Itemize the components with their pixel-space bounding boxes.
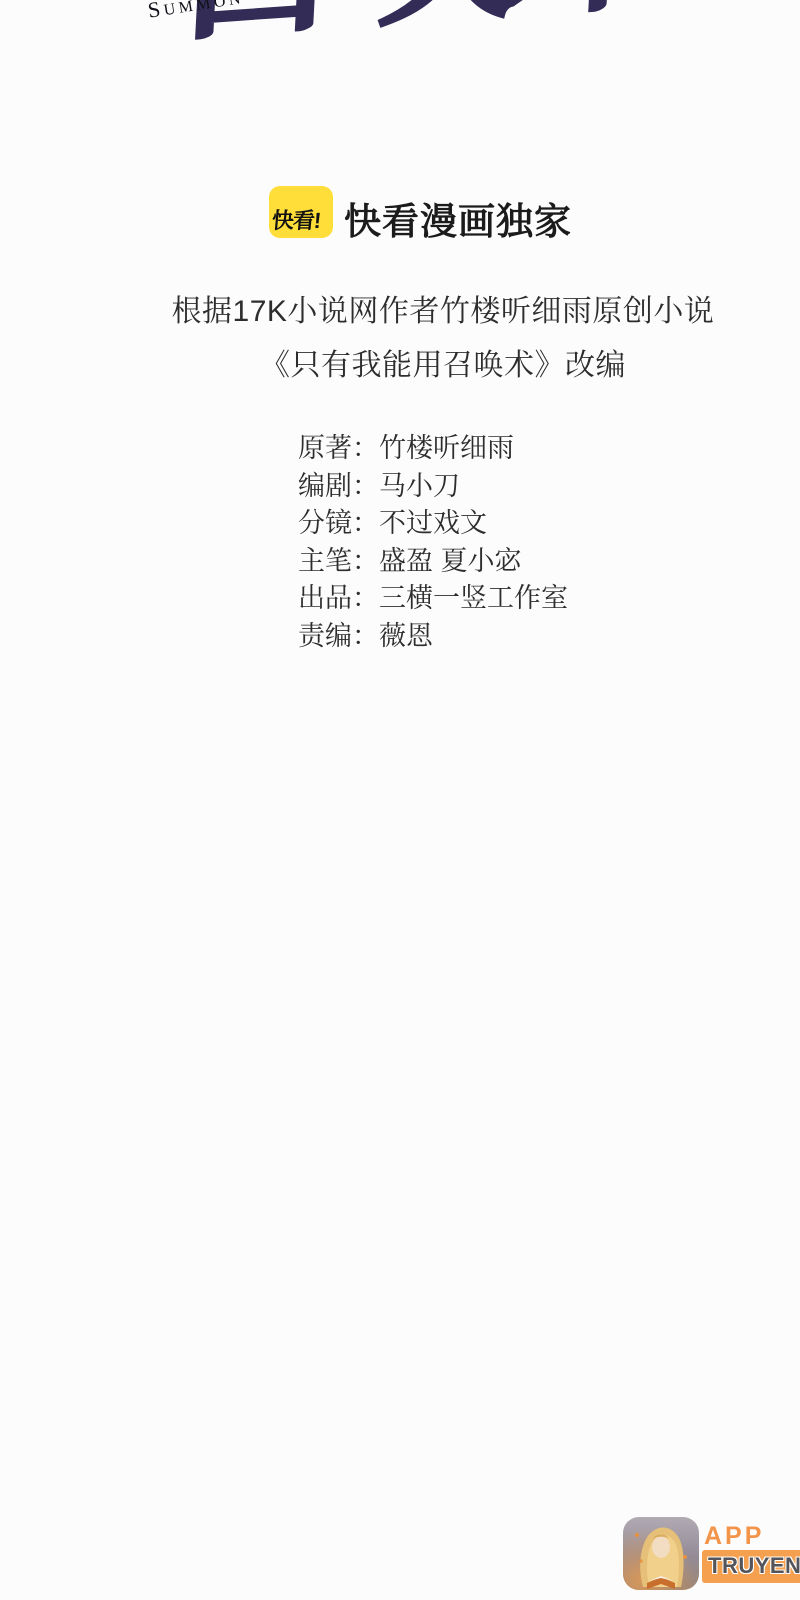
credit-label: 出品： <box>298 583 379 613</box>
kuaikan-badge-label: 快看! <box>271 204 322 235</box>
credit-value: 竹楼听细雨 <box>379 433 514 463</box>
credits-list: 原著：竹楼听细雨 编剧：马小刀 分镜：不过戏文 主笔：盛盈 夏小宓 出品：三横一… <box>298 430 568 655</box>
kuaikan-badge-icon: 快看! <box>269 186 333 238</box>
app-truyen-avatar-image <box>623 1517 699 1590</box>
credit-label: 分镜： <box>298 508 379 538</box>
credit-row-editor: 责编：薇恩 <box>298 618 568 656</box>
credit-row-storyboard: 分镜：不过戏文 <box>298 505 568 543</box>
credit-row-lead-artist: 主笔：盛盈 夏小宓 <box>298 543 568 581</box>
credit-value: 三横一竖工作室 <box>379 583 568 613</box>
credit-label: 原著： <box>298 433 379 463</box>
attribution-source-line: 根据17K小说网作者竹楼听细雨原创小说 <box>86 296 800 328</box>
comic-credits-page: 召唤术 SUMMON 快看! 快看漫画独家 根据17K小说网作者竹楼听细雨原创小… <box>0 0 800 1600</box>
publisher-exclusive-title: 快看漫画独家 <box>344 191 572 245</box>
credit-row-screenwriter: 编剧：马小刀 <box>298 468 568 506</box>
credit-value: 盛盈 夏小宓 <box>379 546 522 576</box>
credit-value: 薇恩 <box>379 621 433 651</box>
credit-label: 责编： <box>298 621 379 651</box>
attribution-block: 根据17K小说网作者竹楼听细雨原创小说 《只有我能用召唤术》改编 <box>86 296 800 382</box>
credit-label: 编剧： <box>298 471 379 501</box>
credit-value: 马小刀 <box>379 471 460 501</box>
watermark-truyen-label: TRUYEN <box>708 1553 800 1578</box>
credit-row-original-author: 原著：竹楼听细雨 <box>298 430 568 468</box>
credit-row-producer: 出品：三横一竖工作室 <box>298 580 568 618</box>
watermark-app-label: APP <box>704 1522 764 1551</box>
credit-value: 不过戏文 <box>379 508 487 538</box>
credit-label: 主笔： <box>298 546 379 576</box>
avatar-illustration <box>623 1517 699 1590</box>
attribution-adapted-line: 《只有我能用召唤术》改编 <box>86 350 800 382</box>
watermark-truyen-badge: TRUYEN <box>702 1550 800 1583</box>
